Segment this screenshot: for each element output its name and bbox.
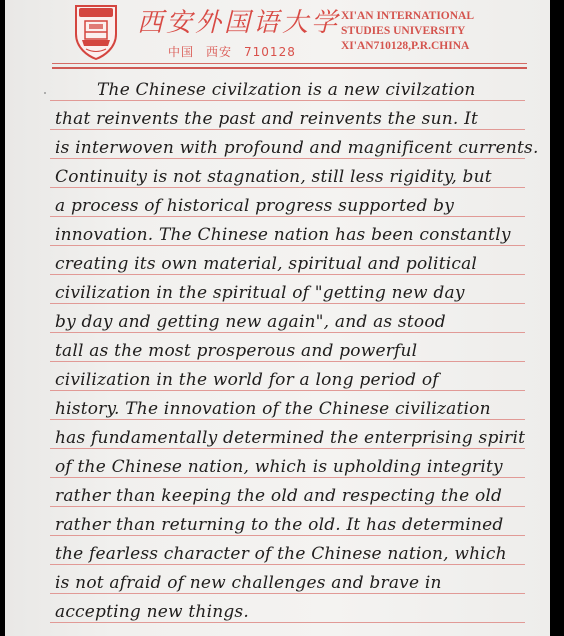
ruled-line — [50, 622, 525, 623]
text-line: has fundamentally determined the enterpr… — [55, 428, 530, 448]
address-postcode: 710128 — [244, 45, 296, 59]
text-line: rather than returning to the old. It has… — [55, 515, 530, 535]
ruled-line — [50, 390, 525, 391]
university-name-en-line1: XI'AN INTERNATIONAL — [341, 9, 474, 24]
university-name-en-line2: STUDIES UNIVERSITY — [341, 24, 474, 39]
ruled-line — [50, 274, 525, 275]
address-cn: 中国西安710128 — [168, 43, 308, 60]
university-name-en: XI'AN INTERNATIONAL STUDIES UNIVERSITY X… — [341, 9, 474, 54]
ruled-line — [50, 303, 525, 304]
letter-page: 西安外国语大学 中国西安710128 XI'AN INTERNATIONAL S… — [5, 0, 550, 636]
ruled-line — [50, 129, 525, 130]
ruled-line — [50, 448, 525, 449]
paper-speck — [44, 92, 46, 94]
text-line: the fearless character of the Chinese na… — [55, 544, 530, 564]
address-en: XI'AN710128,P.R.CHINA — [341, 39, 474, 54]
ruled-line — [50, 100, 525, 101]
address-country: 中国 — [168, 45, 194, 59]
ruled-line — [50, 506, 525, 507]
text-line: by day and getting new again", and as st… — [55, 312, 530, 332]
text-line: a process of historical progress support… — [55, 196, 530, 216]
address-city: 西安 — [206, 45, 232, 59]
text-line: civilization in the spiritual of "gettin… — [55, 283, 530, 303]
text-line: is interwoven with profound and magnific… — [55, 138, 530, 158]
text-line: innovation. The Chinese nation has been … — [55, 225, 530, 245]
text-line: civilization in the world for a long per… — [55, 370, 530, 390]
ruled-line — [50, 593, 525, 594]
text-line: of the Chinese nation, which is upholdin… — [55, 457, 530, 477]
ruled-line — [50, 332, 525, 333]
text-line: that reinvents the past and reinvents th… — [55, 109, 530, 129]
text-line: accepting new things. — [55, 602, 530, 622]
ruled-line — [50, 564, 525, 565]
text-line: history. The innovation of the Chinese c… — [55, 399, 530, 419]
letterhead: 西安外国语大学 中国西安710128 XI'AN INTERNATIONAL S… — [5, 0, 550, 64]
ruled-line — [50, 419, 525, 420]
text-line: rather than keeping the old and respecti… — [55, 486, 530, 506]
university-crest-icon — [72, 2, 120, 60]
text-line: tall as the most prosperous and powerful — [55, 341, 530, 361]
ruled-line — [50, 245, 525, 246]
text-line: The Chinese civilzation is a new civilza… — [97, 80, 564, 100]
text-line: creating its own material, spiritual and… — [55, 254, 530, 274]
text-line: Continuity is not stagnation, still less… — [55, 167, 530, 187]
ruled-line — [50, 535, 525, 536]
ruled-line — [50, 158, 525, 159]
ruled-line — [50, 361, 525, 362]
text-line: is not afraid of new challenges and brav… — [55, 573, 530, 593]
university-name-cn: 西安外国语大学 — [137, 2, 340, 39]
header-divider-thin — [52, 63, 527, 64]
header-divider-thick — [52, 67, 527, 69]
ruled-line — [50, 216, 525, 217]
ruled-line — [50, 477, 525, 478]
ruled-line — [50, 187, 525, 188]
